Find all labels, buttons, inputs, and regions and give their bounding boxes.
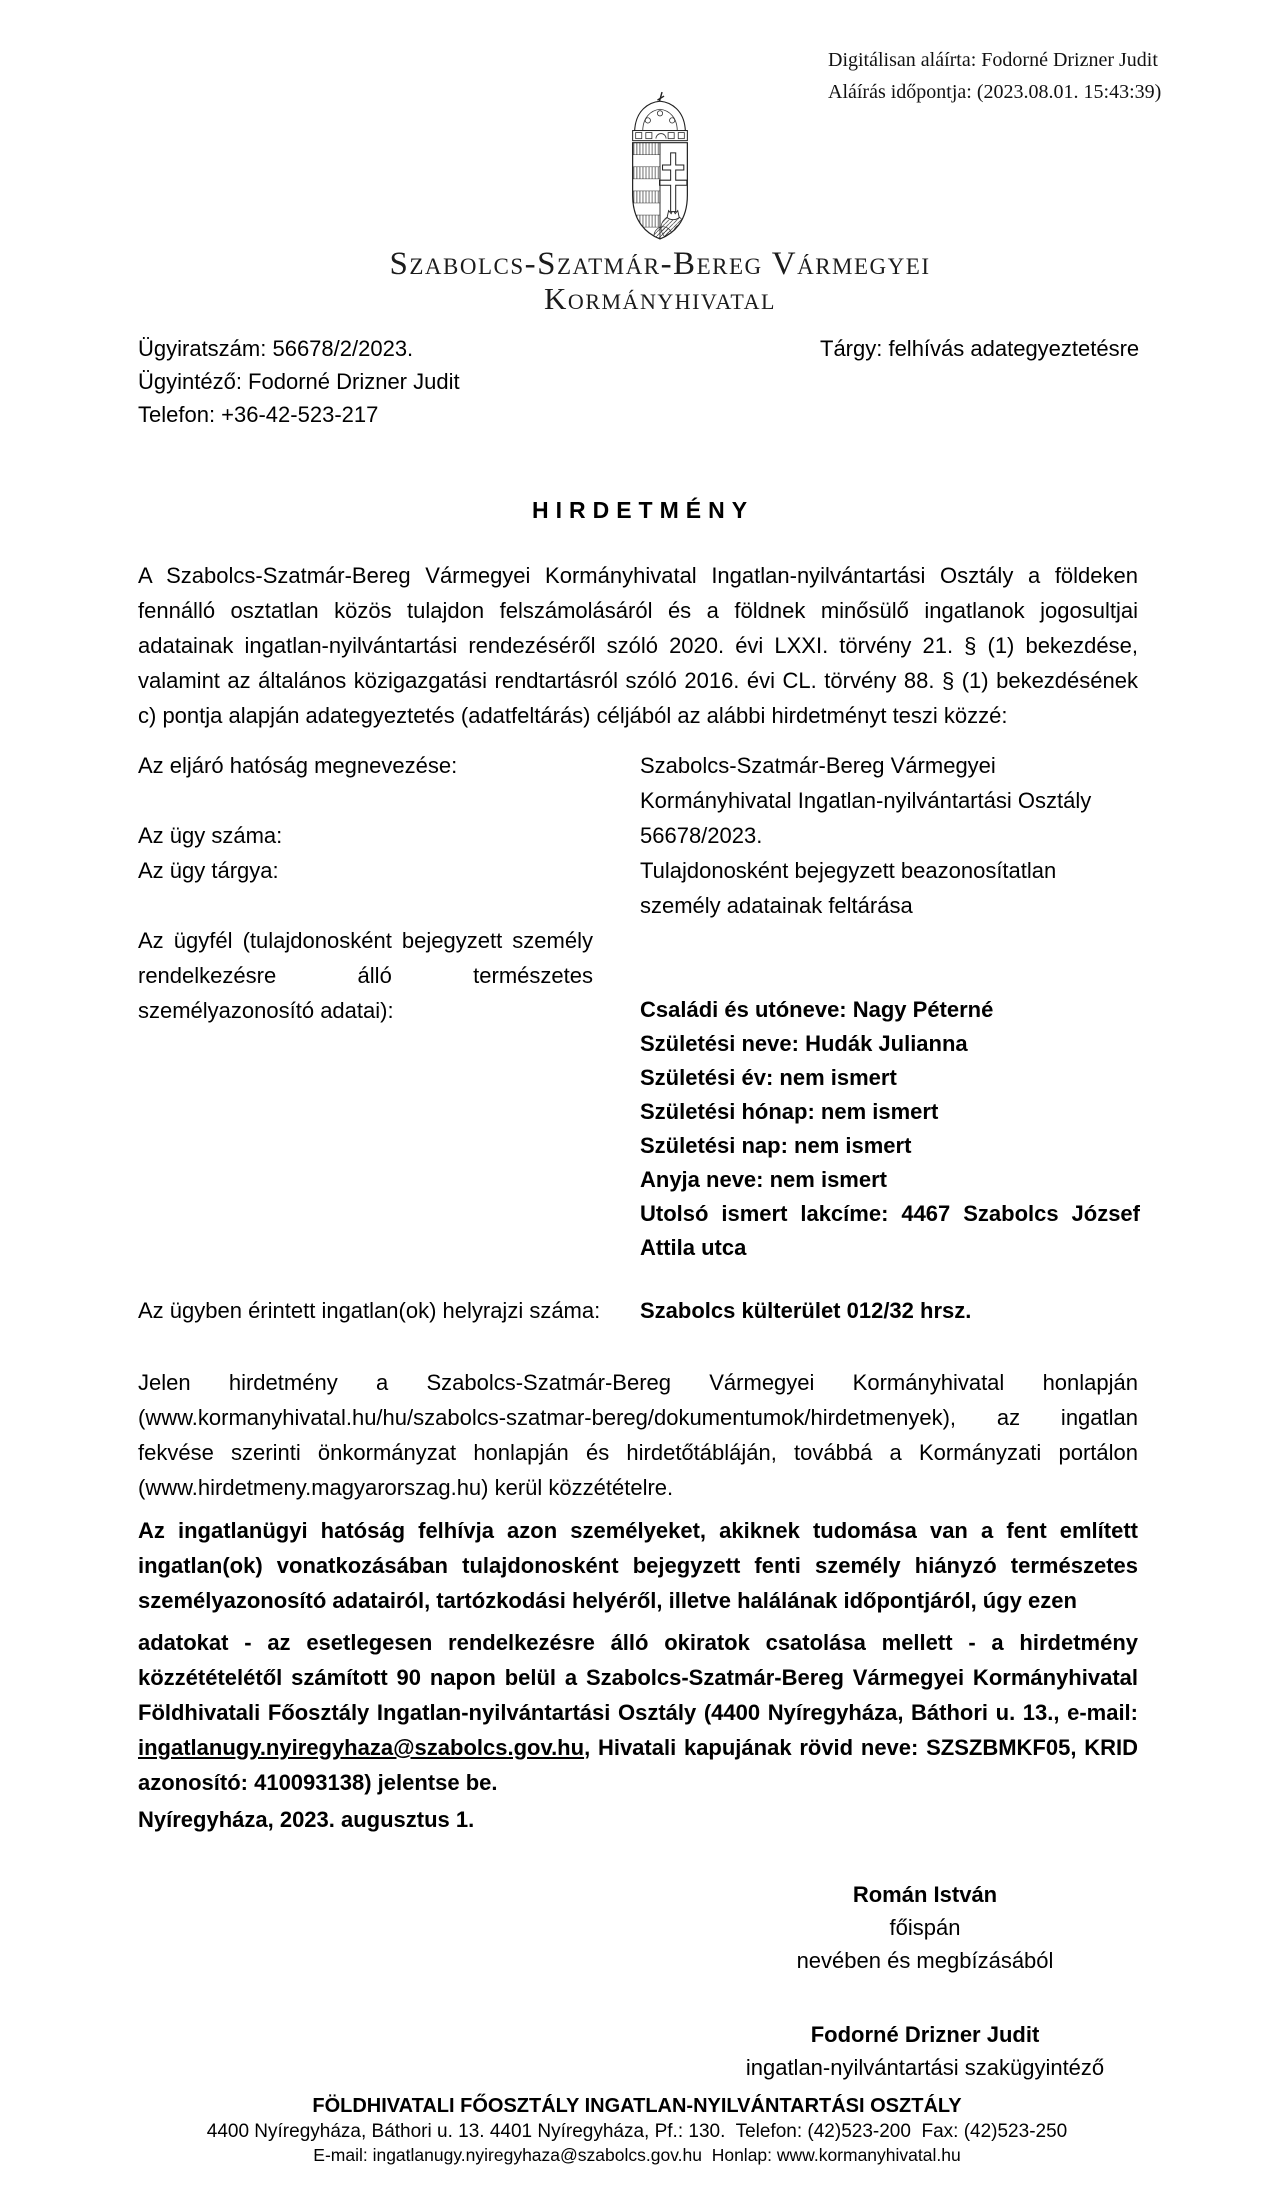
- digital-signature-timestamp: Aláírás időpontja: (2023.08.01. 15:43:39…: [828, 76, 1161, 108]
- client-data-item: Anyja neve: nem ismert: [640, 1163, 1140, 1197]
- property-value: Szabolcs külterület 012/32 hrsz.: [640, 1293, 1140, 1328]
- signatory-title-clerk: ingatlan-nyilvántartási szakügyintéző: [725, 2051, 1125, 2084]
- footer-address-phone: 4400 Nyíregyháza, Báthori u. 13. 4401 Ny…: [137, 2119, 1137, 2144]
- client-data-item: Születési hónap: nem ismert: [640, 1095, 1140, 1129]
- call-to-report-paragraph-1: Az ingatlanügyi hatóság felhívja azon sz…: [138, 1513, 1138, 1618]
- footer: FÖLDHIVATALI FŐOSZTÁLY INGATLAN-NYILVÁNT…: [137, 2094, 1137, 2167]
- client-label: Az ügyfél (tulajdonosként bejegyzett sze…: [138, 923, 593, 1028]
- digital-signature-signer: Digitálisan aláírta: Fodorné Drizner Jud…: [828, 44, 1161, 76]
- client-data-item: Születési nap: nem ismert: [640, 1129, 1140, 1163]
- call-to-report-paragraph-2: adatokat - az esetlegesen rendelkezésre …: [138, 1625, 1138, 1800]
- reference-block: Ügyiratszám: 56678/2/2023. Ügyintéző: Fo…: [138, 332, 460, 431]
- email-link[interactable]: ingatlanugy.nyiregyhaza@szabolcs.gov.hu: [138, 1735, 584, 1760]
- document-title: HIRDETMÉNY: [138, 497, 1148, 524]
- signatory-title-principal: főispán: [725, 1911, 1125, 1944]
- case-no-label: Az ügy száma:: [138, 818, 598, 853]
- client-data-item: Születési év: nem ismert: [640, 1061, 1140, 1095]
- client-data-list: Családi és utóneve: Nagy Péterné Születé…: [640, 993, 1140, 1265]
- date-line: Nyíregyháza, 2023. augusztus 1.: [138, 1807, 474, 1833]
- hungarian-coat-of-arms-icon: [620, 90, 700, 242]
- organization-name: Szabolcs-Szatmár-Bereg Vármegyei Kormány…: [237, 246, 1083, 316]
- signatory-name-principal: Román István: [725, 1878, 1125, 1911]
- document-page: { "page": { "digital_signature": { "line…: [0, 0, 1274, 2200]
- call-paragraph-2-text-before: adatokat - az esetlegesen rendelkezésre …: [138, 1630, 1138, 1725]
- case-administrator: Ügyintéző: Fodorné Drizner Judit: [138, 365, 460, 398]
- case-subject-label: Az ügy tárgya:: [138, 853, 598, 888]
- signature-on-behalf-text: nevében és megbízásából: [725, 1944, 1125, 1977]
- subject-line: Tárgy: felhívás adategyeztetésre: [820, 332, 1139, 365]
- client-data-item: Utolsó ismert lakcíme: 4467 Szabolcs Józ…: [640, 1197, 1140, 1265]
- intro-paragraph: A Szabolcs-Szatmár-Bereg Vármegyei Kormá…: [138, 558, 1138, 733]
- case-number: Ügyiratszám: 56678/2/2023.: [138, 332, 460, 365]
- case-no-value: 56678/2023.: [640, 818, 1140, 853]
- publication-paragraph: Jelen hirdetmény a Szabolcs-Szatmár-Bere…: [138, 1365, 1138, 1505]
- property-label: Az ügyben érintett ingatlan(ok) helyrajz…: [138, 1293, 618, 1328]
- case-subject-value: Tulajdonosként bejegyzett beazonosítatla…: [640, 853, 1140, 923]
- phone-number: Telefon: +36-42-523-217: [138, 398, 460, 431]
- footer-department: FÖLDHIVATALI FŐOSZTÁLY INGATLAN-NYILVÁNT…: [137, 2094, 1137, 2119]
- organization-name-line2: Kormányhivatal: [237, 282, 1083, 316]
- organization-name-line1: Szabolcs-Szatmár-Bereg Vármegyei: [237, 246, 1083, 282]
- signatory-name-clerk: Fodorné Drizner Judit: [725, 2018, 1125, 2051]
- signature-block-principal: Román István főispán nevében és megbízás…: [725, 1878, 1125, 1977]
- authority-label: Az eljáró hatóság megnevezése:: [138, 748, 598, 783]
- client-data-item: Születési neve: Hudák Julianna: [640, 1027, 1140, 1061]
- signature-block-clerk: Fodorné Drizner Judit ingatlan-nyilvánta…: [725, 2018, 1125, 2084]
- footer-email-web: E-mail: ingatlanugy.nyiregyhaza@szabolcs…: [137, 2144, 1137, 2167]
- client-data-item: Családi és utóneve: Nagy Péterné: [640, 993, 1140, 1027]
- authority-value: Szabolcs-Szatmár-Bereg Vármegyei Kormány…: [640, 748, 1140, 818]
- digital-signature-stamp: Digitálisan aláírta: Fodorné Drizner Jud…: [828, 44, 1161, 108]
